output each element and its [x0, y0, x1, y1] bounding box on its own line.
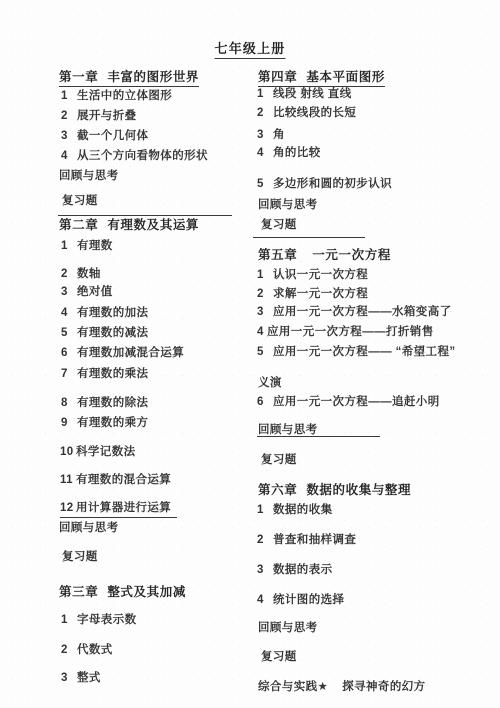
toc-item: 9有理数的乘方	[61, 416, 148, 430]
item-label: 整式	[77, 672, 101, 684]
review-underline	[257, 436, 380, 437]
item-number: 4	[61, 306, 77, 320]
item-number: 2	[61, 267, 77, 281]
toc-item: 7有理数的乘法	[61, 367, 148, 381]
toc-item: 3整式	[61, 671, 101, 685]
item-number: 1	[257, 87, 273, 101]
item-label: 角	[273, 129, 285, 141]
exercises-line: 复习题	[261, 453, 297, 467]
item-label: 统计图的选择	[273, 594, 344, 606]
item-label: 普查和抽样调查	[273, 534, 356, 546]
item-label: 展开与折叠	[77, 110, 137, 122]
item-number: 1	[257, 268, 273, 282]
item-number: 2	[257, 106, 273, 120]
chapter-6-heading: 第六章数据的收集与整理	[258, 483, 411, 497]
item-number: 8	[61, 396, 77, 410]
toc-item: 2普查和抽样调查	[257, 533, 356, 547]
review-line: 回顾与思考	[258, 621, 318, 635]
item-number: 11	[60, 473, 76, 487]
chapter-title: 整式及其加减	[107, 585, 186, 599]
practice-prefix: 综合与实践★	[258, 681, 328, 693]
toc-item: 4角的比较	[257, 146, 321, 160]
toc-item: 4有理数的加法	[61, 306, 148, 320]
toc-item: 3绝对值	[61, 285, 113, 299]
exercises-line: 复习题	[62, 194, 98, 208]
item-label: 用计算器进行运算	[76, 502, 171, 514]
item-label: 认识一元一次方程	[273, 269, 368, 281]
toc-item: 8有理数的除法	[61, 396, 148, 410]
toc-item: 4统计图的选择	[257, 593, 344, 607]
chapter-title: 丰富的图形世界	[107, 70, 199, 84]
item-number: 4	[257, 325, 267, 339]
toc-item: 3角	[257, 128, 285, 142]
practice-label: 探寻神奇的幻方	[342, 681, 425, 693]
toc-item: 4从三个方向看物体的形状	[61, 149, 208, 163]
chapter-2-heading: 第二章有理数及其运算	[59, 218, 199, 232]
separator	[253, 237, 365, 238]
review-line: 回顾与思考	[59, 521, 119, 535]
chapter-title: 数据的收集与整理	[306, 483, 411, 497]
toc-item: 3截一个几何体	[61, 129, 148, 143]
item-number: 3	[61, 671, 77, 685]
item-label: 有理数的除法	[77, 397, 148, 409]
chapter-title: 有理数及其运算	[107, 218, 199, 232]
item-label: 有理数加减混合运算	[77, 347, 184, 359]
item-number: 12	[60, 501, 76, 515]
chapter-title: 基本平面图形	[306, 70, 385, 84]
chapter-number: 第一章	[59, 70, 98, 84]
toc-item: 5有理数的减法	[61, 326, 148, 340]
item-label: 有理数的乘法	[77, 368, 148, 380]
item-number: 4	[257, 593, 273, 607]
separator	[58, 215, 232, 216]
toc-item: 2展开与折叠	[61, 109, 137, 123]
chapter-number: 第四章	[258, 70, 297, 84]
item-label: 线段 射线 直线	[273, 88, 352, 100]
item-number: 5	[61, 326, 77, 340]
item-label: 代数式	[77, 644, 113, 656]
chapter-number: 第三章	[59, 585, 98, 599]
exercises-line: 复习题	[261, 218, 297, 232]
item-number: 9	[61, 416, 77, 430]
item-label: 字母表示数	[77, 614, 137, 626]
toc-item: 1字母表示数	[61, 613, 137, 627]
chapter-title: 一元一次方程	[312, 248, 391, 262]
toc-item: 2求解一元一次方程	[257, 287, 368, 301]
item-label: 有理数的乘方	[77, 417, 148, 429]
item-number: 2	[257, 533, 273, 547]
item-number: 1	[61, 89, 77, 103]
item-label: 应用一元一次方程——水箱变高了	[273, 306, 452, 318]
toc-item: 1有理数	[61, 239, 113, 253]
chapter-number: 第五章	[258, 248, 297, 262]
item-label: 应用一元一次方程——追赶小明	[273, 396, 440, 408]
toc-item: 6应用一元一次方程——追赶小明	[257, 395, 440, 409]
toc-item: 1线段 射线 直线	[257, 87, 352, 101]
item-number: 5	[257, 177, 273, 191]
toc-item: 1生活中的立体图形	[61, 89, 172, 103]
item-number: 2	[61, 643, 77, 657]
toc-item: 12用计算器进行运算	[60, 501, 177, 518]
toc-page: 七年级上册 第一章丰富的图形世界 1生活中的立体图形 2展开与折叠 3截一个几何…	[0, 0, 500, 708]
chapter-3-heading: 第三章整式及其加减	[59, 585, 186, 599]
item-number: 1	[61, 239, 77, 253]
item-number: 3	[257, 128, 273, 142]
item-number: 1	[257, 503, 273, 517]
item-number: 10	[60, 445, 76, 459]
toc-item: 2比较线段的长短	[257, 106, 356, 120]
item-label: 从三个方向看物体的形状	[77, 150, 208, 162]
toc-item: 5应用一元一次方程—— “希望工程”	[257, 345, 456, 359]
toc-item: 3数据的表示	[257, 563, 333, 577]
review-line: 回顾与思考	[258, 198, 318, 212]
item-label: 科学记数法	[76, 446, 136, 458]
item-number: 3	[61, 129, 77, 143]
item-number: 3	[257, 563, 273, 577]
item-number: 6	[257, 395, 273, 409]
item-number: 3	[257, 305, 273, 319]
item-number: 2	[61, 109, 77, 123]
item-number: 2	[257, 287, 273, 301]
item-label: 截一个几何体	[77, 130, 148, 142]
item-label: 数轴	[77, 268, 101, 280]
item-label: 应用一元一次方程——打折销售	[267, 326, 434, 338]
item-label: 有理数	[77, 240, 113, 252]
exercises-line: 复习题	[261, 650, 297, 664]
chapter-number: 第二章	[59, 218, 98, 232]
item-number: 7	[61, 367, 77, 381]
item-number: 3	[61, 285, 77, 299]
item-label: 数据的收集	[273, 504, 333, 516]
item-label: 生活中的立体图形	[77, 90, 172, 102]
toc-item: 10科学记数法	[60, 445, 136, 459]
item-label: 应用一元一次方程—— “希望工程”	[273, 346, 456, 358]
toc-item: 11有理数的混合运算	[60, 473, 171, 487]
item-label: 绝对值	[77, 286, 113, 298]
toc-item: 3应用一元一次方程——水箱变高了	[257, 305, 452, 319]
review-line: 回顾与思考	[59, 169, 119, 183]
chapter-number: 第六章	[258, 483, 297, 497]
item-number: 4	[61, 149, 77, 163]
toc-item: 1数据的收集	[257, 503, 333, 517]
practice-line: 综合与实践★探寻神奇的幻方	[258, 680, 426, 694]
item-label: 求解一元一次方程	[273, 288, 368, 300]
item-label: 有理数的减法	[77, 327, 148, 339]
toc-item: 6有理数加减混合运算	[61, 346, 184, 360]
item-label: 有理数的加法	[77, 307, 148, 319]
item-label: 比较线段的长短	[273, 107, 356, 119]
item-number: 6	[61, 346, 77, 360]
chapter-4-heading: 第四章基本平面图形	[258, 70, 385, 87]
item-number: 5	[257, 345, 273, 359]
toc-item: 5多边形和圆的初步认识	[257, 177, 392, 191]
toc-item-continuation: 义演	[258, 376, 282, 390]
review-line: 回顾与思考	[258, 423, 318, 437]
toc-item: 1认识一元一次方程	[257, 268, 368, 282]
item-label: 有理数的混合运算	[76, 474, 171, 486]
item-label: 角的比较	[273, 147, 321, 159]
toc-item: 4应用一元一次方程——打折销售	[257, 325, 434, 339]
chapter-1-heading: 第一章丰富的图形世界	[59, 70, 199, 87]
item-label: 多边形和圆的初步认识	[273, 178, 392, 190]
chapter-5-heading: 第五章一元一次方程	[258, 248, 391, 262]
item-label: 数据的表示	[273, 564, 333, 576]
exercises-line: 复习题	[62, 550, 98, 564]
toc-item: 2代数式	[61, 643, 113, 657]
item-number: 4	[257, 146, 273, 160]
toc-item: 2数轴	[61, 267, 101, 281]
item-number: 1	[61, 613, 77, 627]
page-title: 七年级上册	[214, 42, 285, 59]
